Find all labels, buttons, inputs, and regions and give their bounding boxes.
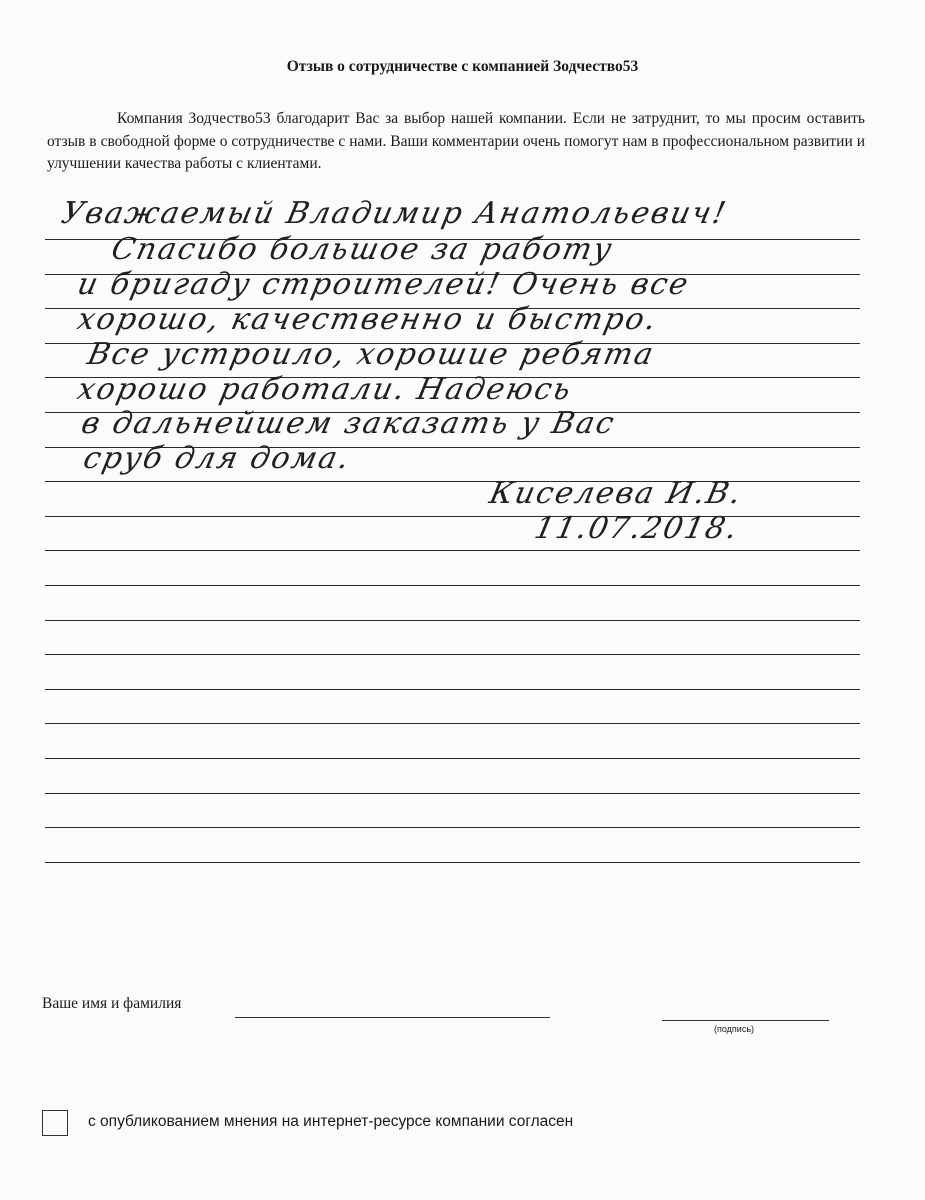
consent-label: с опубликованием мнения на интернет-ресу… xyxy=(88,1113,573,1131)
ruled-line xyxy=(45,689,860,690)
intro-paragraph: Компания Зодчество53 благодарит Вас за в… xyxy=(47,108,865,176)
consent-checkbox[interactable] xyxy=(42,1110,68,1136)
handwritten-date: 11.07.2018. xyxy=(531,511,742,546)
handwritten-line: сруб для дома. xyxy=(80,441,354,476)
handwritten-line: Все устроило, хорошие ребята xyxy=(84,337,658,372)
ruled-line xyxy=(45,793,860,794)
handwritten-line: хорошо, качественно и быстро. xyxy=(74,302,661,337)
handwritten-line: и бригаду строителей! Очень все xyxy=(74,267,693,302)
handwritten-line: в дальнейшем заказать у Вас xyxy=(78,406,618,441)
ruled-line xyxy=(45,654,860,655)
signature-field-line[interactable] xyxy=(662,1020,829,1021)
handwritten-line: хорошо работали. Надеюсь xyxy=(74,372,575,407)
ruled-line xyxy=(45,827,860,828)
ruled-line xyxy=(45,862,860,863)
handwritten-line: Спасибо большое за работу xyxy=(108,232,616,267)
ruled-line xyxy=(45,758,860,759)
handwritten-signature: Киселева И.В. xyxy=(486,476,746,511)
ruled-line xyxy=(45,723,860,724)
ruled-line xyxy=(45,620,860,621)
signature-caption: (подпись) xyxy=(714,1024,754,1034)
name-field-line[interactable] xyxy=(235,1017,550,1018)
name-field-label: Ваше имя и фамилия xyxy=(42,995,181,1013)
form-title: Отзыв о сотрудничестве с компанией Зодче… xyxy=(0,58,925,76)
ruled-line xyxy=(45,550,860,551)
handwritten-line: Уважаемый Владимир Анатольевич! xyxy=(58,196,730,231)
ruled-line xyxy=(45,585,860,586)
